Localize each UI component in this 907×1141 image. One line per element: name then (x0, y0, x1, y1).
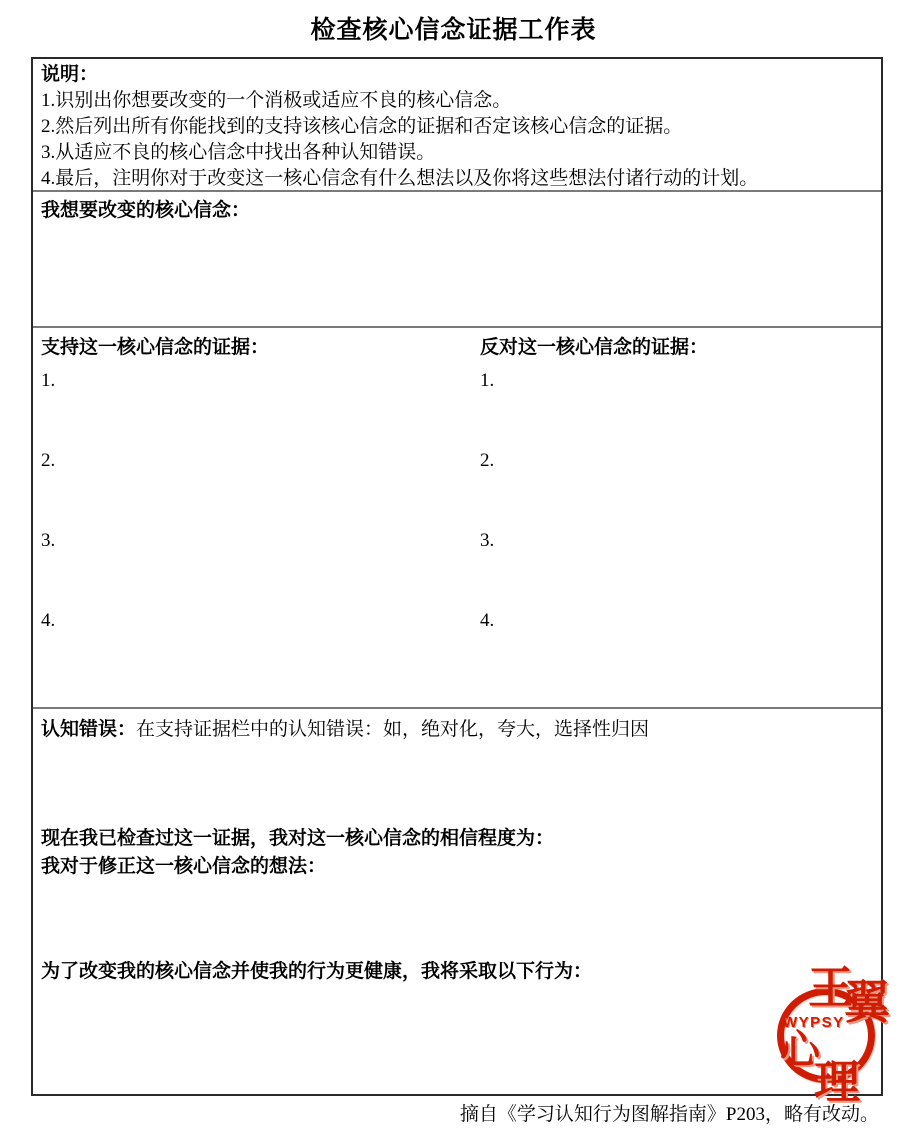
opposing-evidence-column: 反对这一核心信念的证据： 1. 2. 3. 4. (472, 328, 881, 707)
review-block: 现在我已检查过这一证据，我对这一核心信念的相信程度为： 我对于修正这一核心信念的… (41, 825, 873, 881)
review-line-1: 现在我已检查过这一证据，我对这一核心信念的相信程度为： (41, 825, 873, 853)
opposing-evidence-item-3: 3. (480, 530, 873, 610)
instruction-item-1: 1.识别出你想要改变的一个消极或适应不良的核心信念。 (41, 88, 873, 114)
supporting-evidence-item-1: 1. (41, 370, 464, 450)
action-plan-label: 为了改变我的核心信念并使我的行为更健康，我将采取以下行为： (41, 958, 873, 986)
cognitive-errors-label: 认知错误： (41, 719, 136, 740)
opposing-evidence-item-1: 1. (480, 370, 873, 450)
page-title: 检查核心信念证据工作表 (0, 0, 907, 46)
supporting-evidence-column: 支持这一核心信念的证据： 1. 2. 3. 4. (33, 328, 472, 707)
review-line-2: 我对于修正这一核心信念的想法： (41, 853, 873, 881)
supporting-evidence-item-4: 4. (41, 610, 464, 690)
opposing-evidence-header: 反对这一核心信念的证据： (480, 336, 873, 360)
evidence-cell: 支持这一核心信念的证据： 1. 2. 3. 4. 反对这一核心信念的证据： 1.… (33, 328, 881, 709)
source-caption: 摘自《学习认知行为图解指南》P203，略有改动。 (460, 1099, 879, 1126)
instruction-item-4: 4.最后，注明你对于改变这一核心信念有什么想法以及你将这些想法付诸行动的计划。 (41, 166, 873, 192)
belief-label: 我想要改变的核心信念： (41, 195, 873, 222)
belief-cell: 我想要改变的核心信念： (33, 192, 881, 328)
cognitive-errors-line: 认知错误：在支持证据栏中的认知错误：如，绝对化，夸大，选择性归因 (41, 716, 873, 743)
instructions-cell: 说明： 1.识别出你想要改变的一个消极或适应不良的核心信念。 2.然后列出所有你… (33, 59, 881, 192)
instruction-item-3: 3.从适应不良的核心信念中找出各种认知错误。 (41, 140, 873, 166)
cognitive-errors-text: 在支持证据栏中的认知错误：如，绝对化，夸大，选择性归因 (136, 719, 649, 740)
supporting-evidence-item-3: 3. (41, 530, 464, 610)
worksheet-table: 说明： 1.识别出你想要改变的一个消极或适应不良的核心信念。 2.然后列出所有你… (31, 57, 883, 1096)
supporting-evidence-item-2: 2. (41, 450, 464, 530)
summary-cell: 认知错误：在支持证据栏中的认知错误：如，绝对化，夸大，选择性归因 现在我已检查过… (33, 709, 881, 1094)
supporting-evidence-header: 支持这一核心信念的证据： (41, 336, 464, 360)
instruction-item-2: 2.然后列出所有你能找到的支持该核心信念的证据和否定该核心信念的证据。 (41, 114, 873, 140)
instructions-heading: 说明： (41, 62, 873, 88)
opposing-evidence-item-4: 4. (480, 610, 873, 690)
opposing-evidence-item-2: 2. (480, 450, 873, 530)
